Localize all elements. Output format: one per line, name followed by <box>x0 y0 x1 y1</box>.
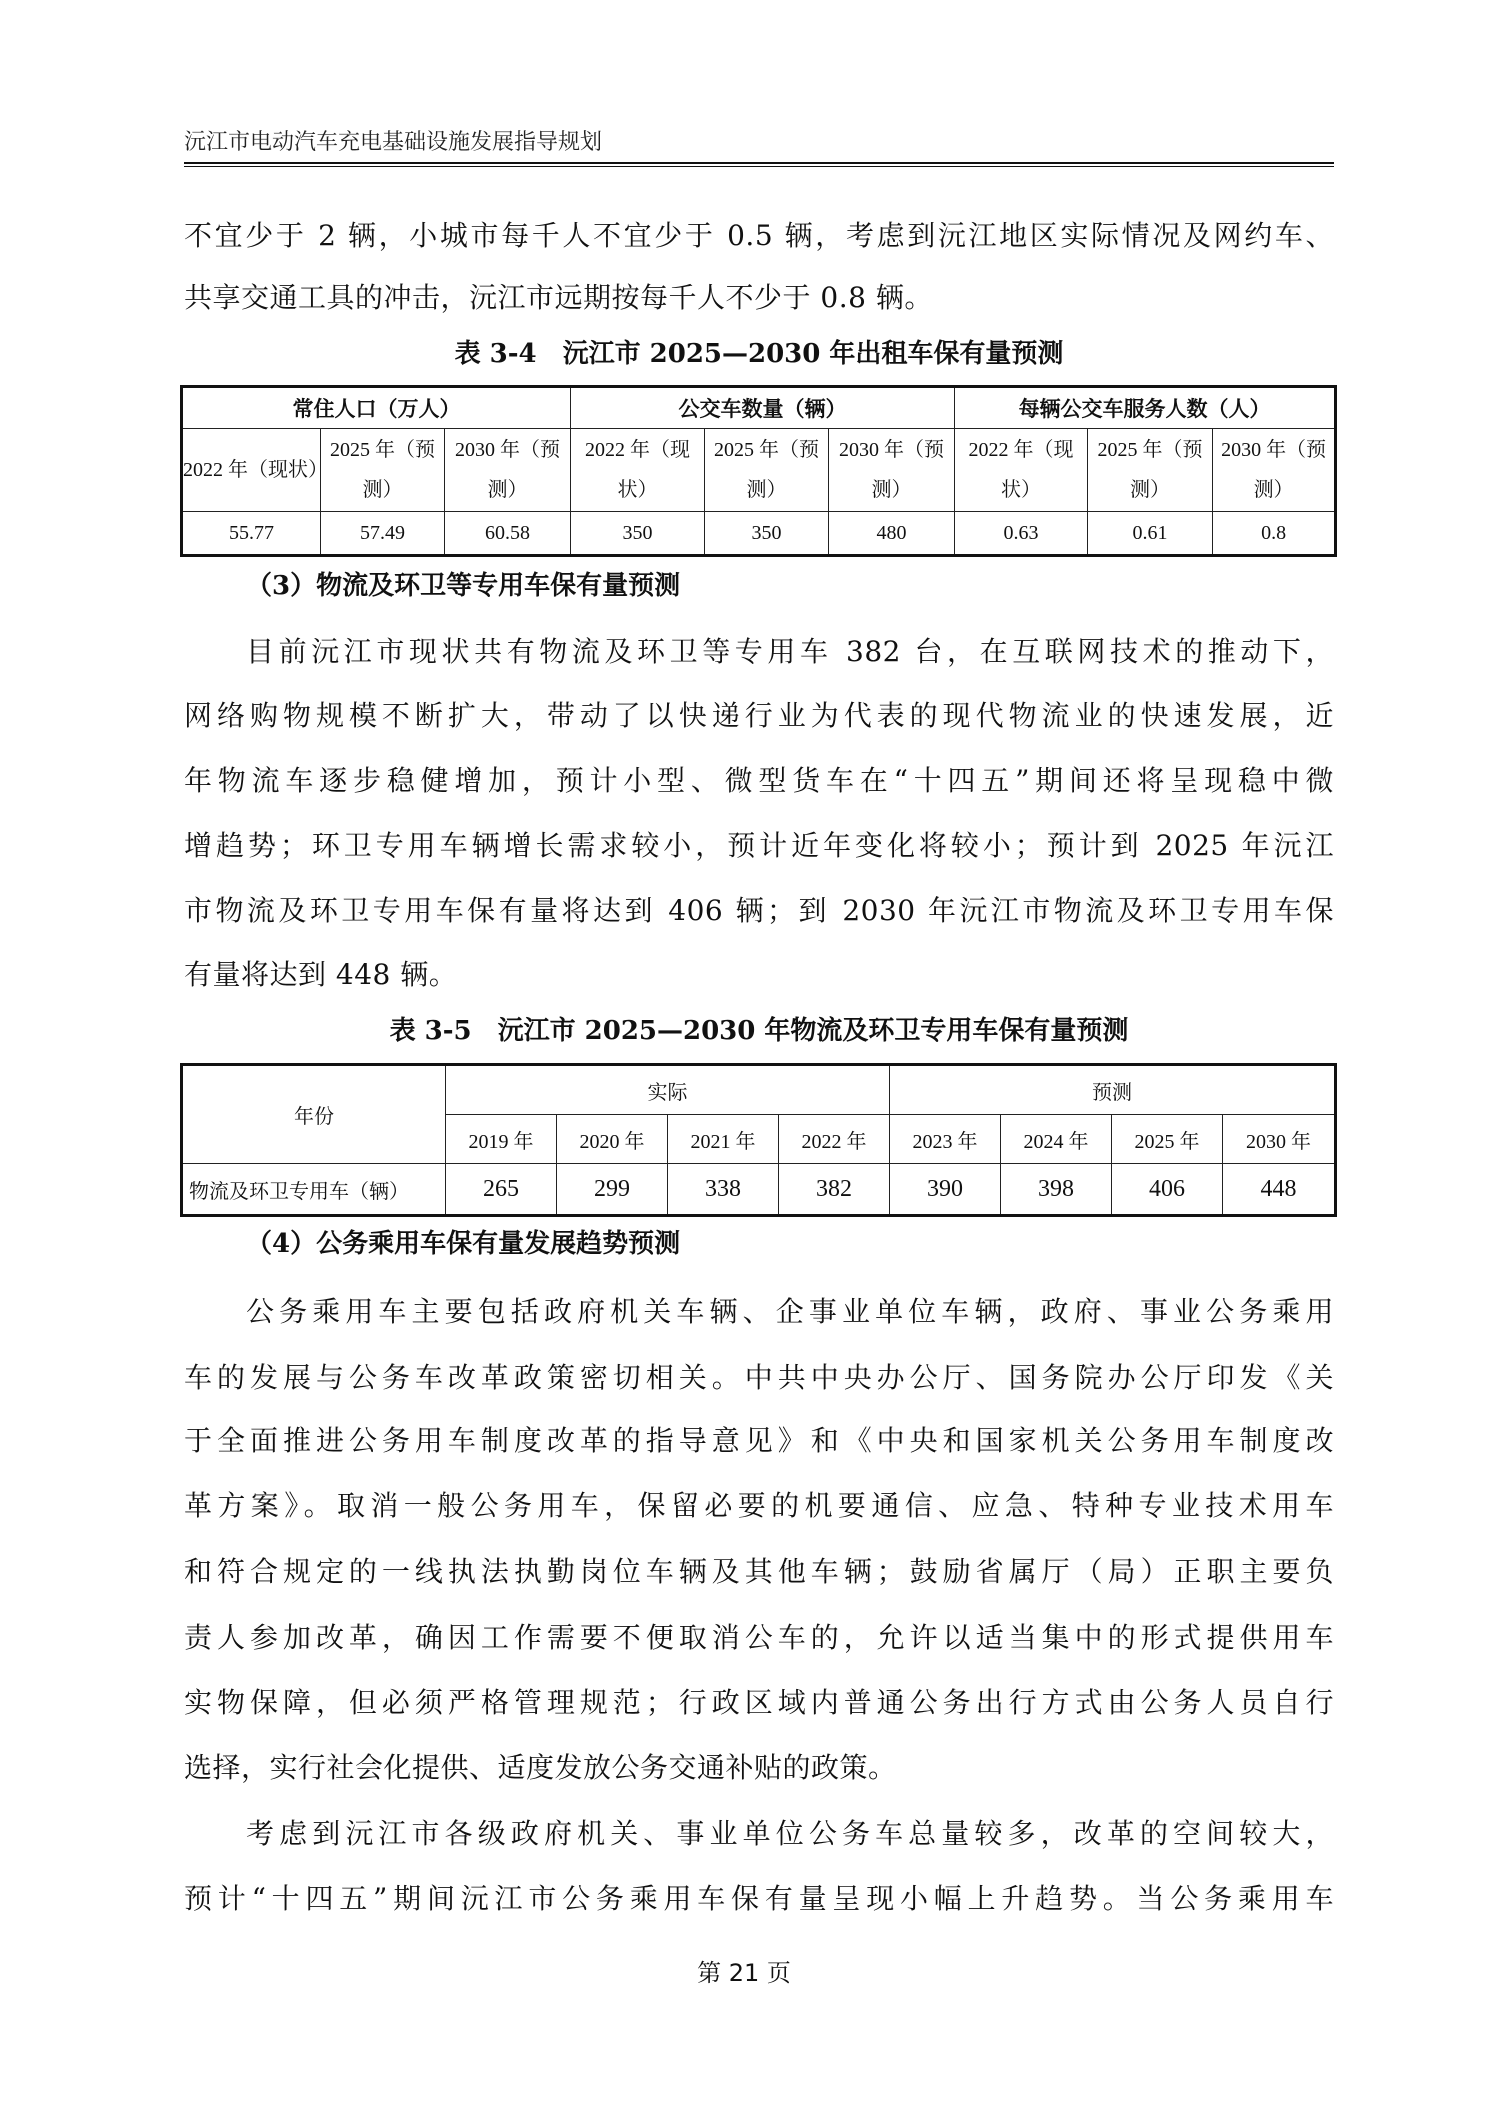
column-header: 2022 年（现状） <box>182 429 321 512</box>
year-header: 2019 年 <box>446 1115 557 1164</box>
paragraph-line: 实物保障，但必须严格管理规范；行政区域内普通公务出行方式由公务人员自行 <box>184 1683 1334 1723</box>
table-cell: 382 <box>779 1164 890 1216</box>
table-cell: 55.77 <box>182 512 321 556</box>
column-header: 2030 年（预测） <box>829 429 955 512</box>
paragraph-line: 共享交通工具的冲击，沅江市远期按每千人不少于 0.8 辆。 <box>184 278 1334 318</box>
year-header: 2030 年 <box>1223 1115 1336 1164</box>
column-header: 2025 年（预测） <box>321 429 445 512</box>
paragraph-line: 有量将达到 448 辆。 <box>184 955 1334 995</box>
paragraph-line: 选择，实行社会化提供、适度发放公务交通补贴的政策。 <box>184 1748 1334 1788</box>
paragraph-line: 预计“十四五”期间沅江市公务乘用车保有量呈现小幅上升趋势。当公务乘用车 <box>184 1879 1334 1919</box>
corner-header-year: 年份 <box>182 1065 446 1164</box>
section-heading: （3）物流及环卫等专用车保有量预测 <box>246 566 680 606</box>
table-cell: 57.49 <box>321 512 445 556</box>
year-header: 2025 年 <box>1112 1115 1223 1164</box>
paragraph-line: 责人参加改革，确因工作需要不便取消公车的，允许以适当集中的形式提供用车 <box>184 1618 1334 1658</box>
table-caption: 表 3-4 沅江市 2025—2030 年出租车保有量预测 <box>184 334 1334 374</box>
table-cell: 398 <box>1001 1164 1112 1216</box>
paragraph-line: 考虑到沅江市各级政府机关、事业单位公务车总量较多，改革的空间较大， <box>184 1814 1334 1854</box>
header-rule <box>184 162 1334 164</box>
column-header: 2022 年（现状） <box>955 429 1088 512</box>
paragraph-line: 增趋势；环卫专用车辆增长需求较小，预计近年变化将较小；预计到 2025 年沅江 <box>184 826 1334 866</box>
column-header: 2030 年（预测） <box>1213 429 1336 512</box>
table-cell: 0.63 <box>955 512 1088 556</box>
paragraph-line: 不宜少于 2 辆，小城市每千人不宜少于 0.5 辆，考虑到沅江地区实际情况及网约… <box>184 216 1334 256</box>
column-header: 2025 年（预测） <box>705 429 829 512</box>
row-label: 物流及环卫专用车（辆） <box>182 1164 446 1216</box>
group-header-people-per-bus: 每辆公交车服务人数（人） <box>955 387 1336 429</box>
table-cell: 60.58 <box>445 512 571 556</box>
table-cell: 390 <box>890 1164 1001 1216</box>
year-header: 2020 年 <box>557 1115 668 1164</box>
year-header: 2024 年 <box>1001 1115 1112 1164</box>
paragraph-line: 年物流车逐步稳健增加，预计小型、微型货车在“十四五”期间还将呈现稳中微 <box>184 761 1334 801</box>
paragraph-line: 于全面推进公务用车制度改革的指导意见》和《中央和国家机关公务用车制度改 <box>184 1421 1334 1461</box>
table-cell: 350 <box>705 512 829 556</box>
header-rule-thin <box>184 166 1334 167</box>
table-cell: 350 <box>571 512 705 556</box>
paragraph-line: 车的发展与公务车改革政策密切相关。中共中央办公厅、国务院办公厅印发《关 <box>184 1358 1334 1398</box>
year-header: 2023 年 <box>890 1115 1001 1164</box>
table-cell: 0.61 <box>1088 512 1213 556</box>
table-cell: 338 <box>668 1164 779 1216</box>
table-cell: 299 <box>557 1164 668 1216</box>
group-header-population: 常住人口（万人） <box>182 387 571 429</box>
table-caption: 表 3-5 沅江市 2025—2030 年物流及环卫专用车保有量预测 <box>184 1011 1334 1051</box>
table-cell: 265 <box>446 1164 557 1216</box>
paragraph-line: 革方案》。取消一般公务用车，保留必要的机要通信、应急、特种专业技术用车 <box>184 1486 1334 1526</box>
paragraph-line: 公务乘用车主要包括政府机关车辆、企事业单位车辆，政府、事业公务乘用 <box>184 1292 1334 1332</box>
paragraph-line: 和符合规定的一线执法执勤岗位车辆及其他车辆；鼓励省属厅（局）正职主要负 <box>184 1552 1334 1592</box>
logistics-vehicle-table: 年份 实际 预测 2019 年 2020 年 2021 年 2022 年 202… <box>180 1063 1337 1217</box>
group-header-actual: 实际 <box>446 1065 890 1115</box>
table-cell: 448 <box>1223 1164 1336 1216</box>
paragraph-line: 目前沅江市现状共有物流及环卫等专用车 382 台，在互联网技术的推动下， <box>184 632 1334 672</box>
group-header-forecast: 预测 <box>890 1065 1336 1115</box>
section-heading: （4）公务乘用车保有量发展趋势预测 <box>246 1224 680 1264</box>
table-cell: 480 <box>829 512 955 556</box>
table-cell: 0.8 <box>1213 512 1336 556</box>
column-header: 2030 年（预测） <box>445 429 571 512</box>
year-header: 2022 年 <box>779 1115 890 1164</box>
year-header: 2021 年 <box>668 1115 779 1164</box>
running-header: 沅江市电动汽车充电基础设施发展指导规划 <box>184 128 1334 164</box>
group-header-bus-count: 公交车数量（辆） <box>571 387 955 429</box>
page-number: 第 21 页 <box>0 1955 1488 1991</box>
column-header: 2022 年（现状） <box>571 429 705 512</box>
paragraph-line: 网络购物规模不断扩大，带动了以快递行业为代表的现代物流业的快速发展，近 <box>184 696 1334 736</box>
paragraph-line: 市物流及环卫专用车保有量将达到 406 辆；到 2030 年沅江市物流及环卫专用… <box>184 891 1334 931</box>
column-header: 2025 年（预测） <box>1088 429 1213 512</box>
taxi-forecast-table: 常住人口（万人） 公交车数量（辆） 每辆公交车服务人数（人） 2022 年（现状… <box>180 385 1337 557</box>
table-cell: 406 <box>1112 1164 1223 1216</box>
